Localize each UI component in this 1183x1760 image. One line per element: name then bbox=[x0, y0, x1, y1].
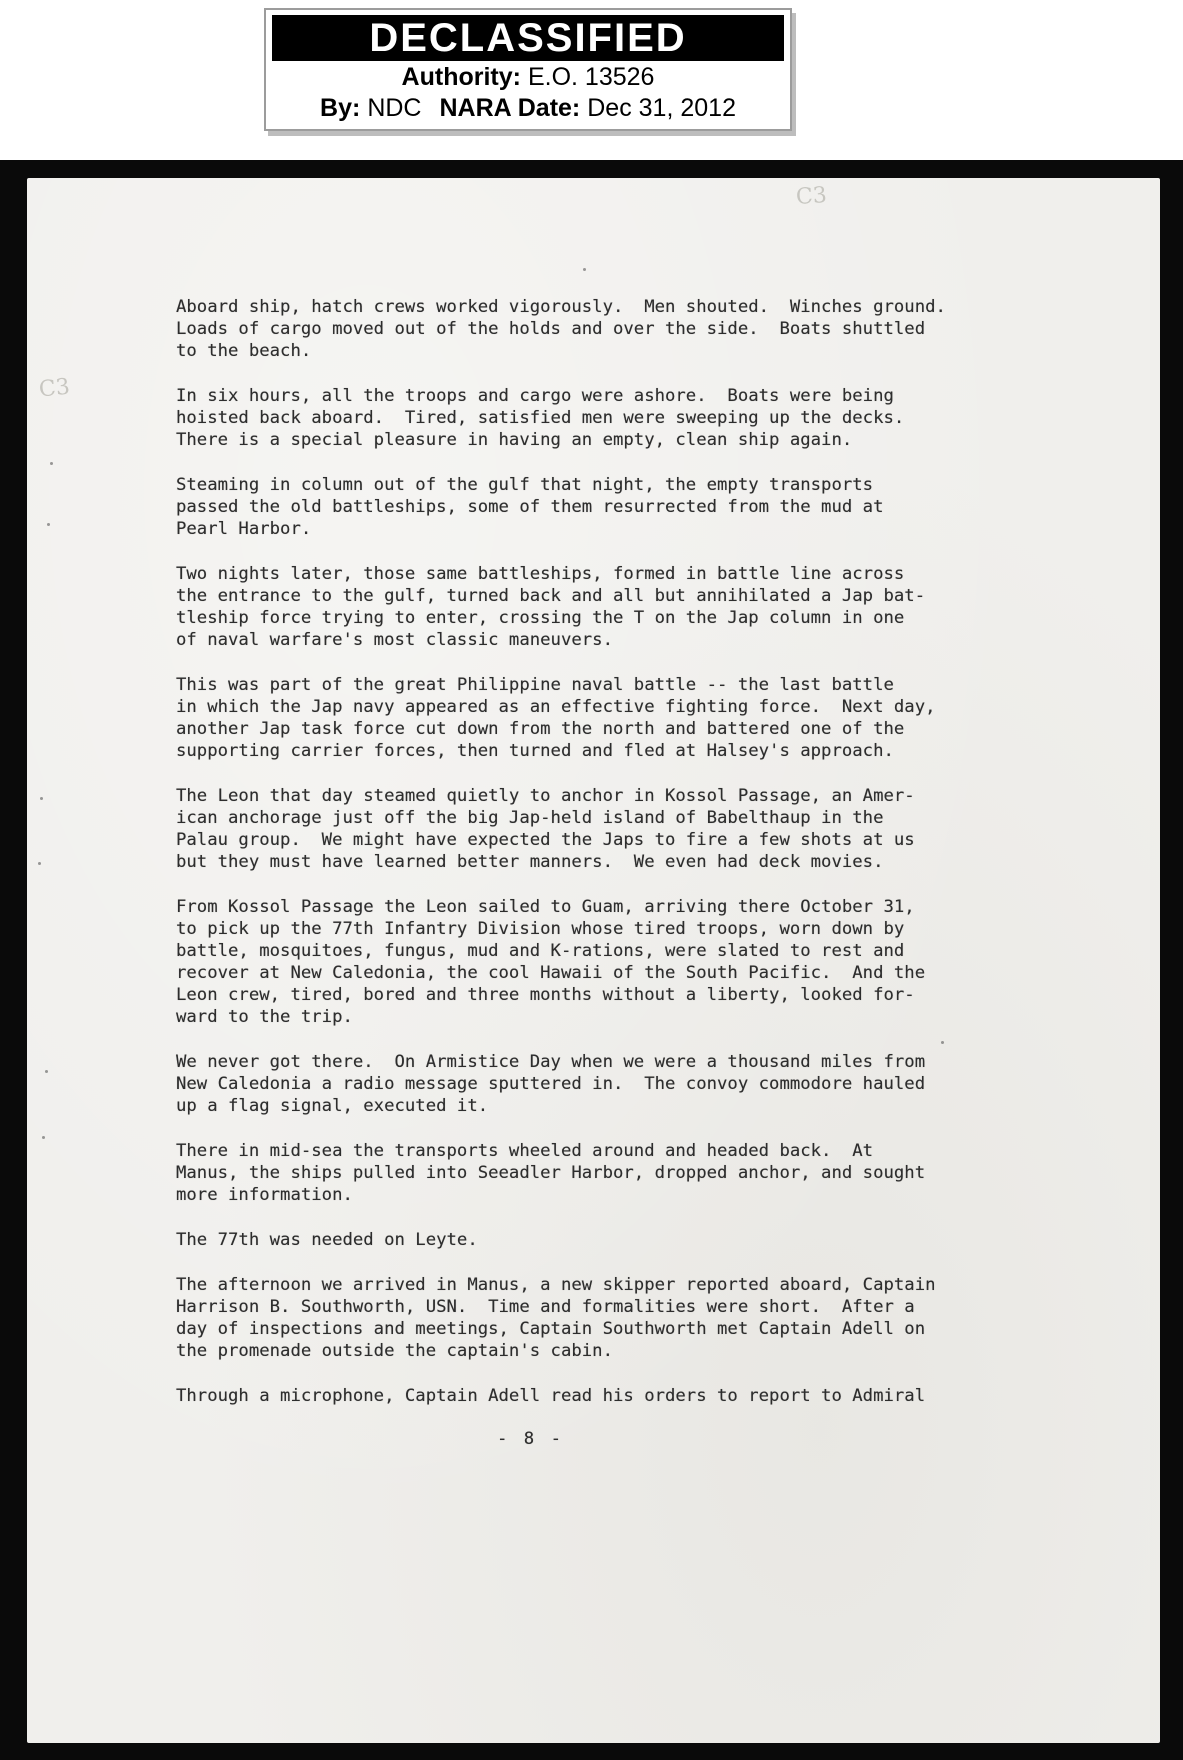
stamp-authority-value: E.O. 13526 bbox=[528, 63, 654, 91]
paragraph-3: Steaming in column out of the gulf that … bbox=[176, 474, 1016, 540]
paragraph-2: In six hours, all the troops and cargo w… bbox=[176, 385, 1016, 451]
scan-speck bbox=[40, 797, 43, 800]
stamp-by-line: By:NDCNARA Date:Dec 31, 2012 bbox=[272, 94, 784, 123]
scan-speck bbox=[42, 1136, 45, 1139]
stamp-title: DECLASSIFIED bbox=[272, 15, 784, 61]
paragraph-1: Aboard ship, hatch crews worked vigorous… bbox=[176, 296, 1016, 362]
scan-speck bbox=[941, 1041, 944, 1044]
document-body: Aboard ship, hatch crews worked vigorous… bbox=[176, 296, 1016, 1430]
paragraph-8: We never got there. On Armistice Day whe… bbox=[176, 1051, 1016, 1117]
scan-speck bbox=[38, 862, 41, 865]
paragraph-12: Through a microphone, Captain Adell read… bbox=[176, 1385, 1016, 1407]
paragraph-5: This was part of the great Philippine na… bbox=[176, 674, 1016, 762]
scanner-background: C3 C3 Aboard ship, hatch crews worked vi… bbox=[0, 160, 1183, 1760]
scan-speck bbox=[583, 268, 586, 271]
paragraph-10: The 77th was needed on Leyte. bbox=[176, 1229, 1016, 1251]
scanned-document-view: DECLASSIFIED Authority:E.O. 13526 By:NDC… bbox=[0, 0, 1183, 1760]
page-number: - 8 - bbox=[497, 1428, 564, 1450]
declassified-stamp: DECLASSIFIED Authority:E.O. 13526 By:NDC… bbox=[264, 8, 792, 131]
scan-speck bbox=[50, 462, 53, 465]
pencil-mark-c3-top: C3 bbox=[795, 183, 828, 210]
paragraph-11: The afternoon we arrived in Manus, a new… bbox=[176, 1274, 1016, 1362]
scan-speck bbox=[45, 1070, 48, 1073]
stamp-date-value: Dec 31, 2012 bbox=[587, 94, 736, 122]
paragraph-4: Two nights later, those same battleships… bbox=[176, 563, 1016, 651]
stamp-by-value: NDC bbox=[367, 94, 421, 122]
paragraph-7: From Kossol Passage the Leon sailed to G… bbox=[176, 896, 1016, 1028]
stamp-date-label: NARA Date: bbox=[440, 94, 581, 122]
paragraph-9: There in mid-sea the transports wheeled … bbox=[176, 1140, 1016, 1206]
document-page: C3 C3 Aboard ship, hatch crews worked vi… bbox=[27, 178, 1160, 1743]
stamp-authority-line: Authority:E.O. 13526 bbox=[272, 63, 784, 92]
stamp-authority-label: Authority: bbox=[402, 63, 521, 91]
paragraph-6: The Leon that day steamed quietly to anc… bbox=[176, 785, 1016, 873]
scan-speck bbox=[47, 523, 50, 526]
scan-top-margin: DECLASSIFIED Authority:E.O. 13526 By:NDC… bbox=[0, 0, 1183, 160]
stamp-by-label: By: bbox=[320, 94, 360, 122]
pencil-mark-c3-left: C3 bbox=[38, 374, 71, 402]
